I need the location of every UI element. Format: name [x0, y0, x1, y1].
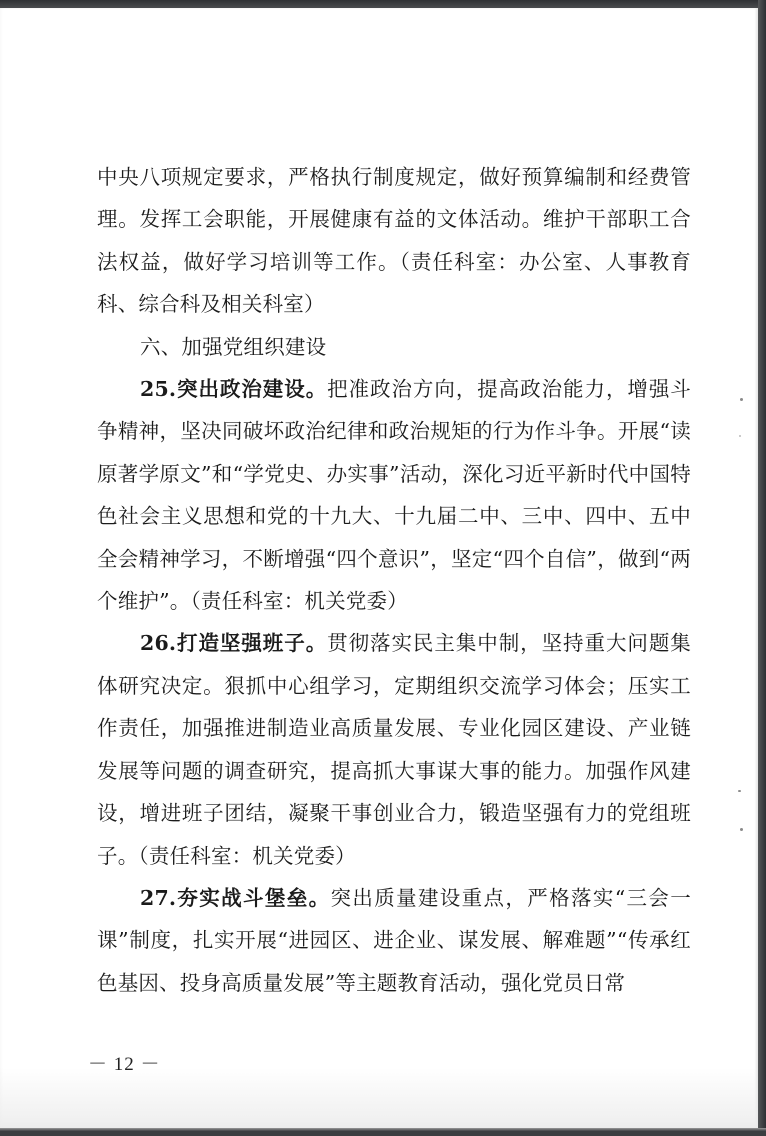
scan-speck	[740, 828, 743, 831]
viewer-bottom-border	[0, 1128, 766, 1136]
scan-speck	[740, 398, 743, 401]
document-page: 中央八项规定要求，严格执行制度规定，做好预算编制和经费管理。发挥工会职能，开展健…	[0, 8, 758, 1128]
paragraph-continuation: 中央八项规定要求，严格执行制度规定，做好预算编制和经费管理。发挥工会职能，开展健…	[97, 156, 691, 326]
page-body: 中央八项规定要求，严格执行制度规定，做好预算编制和经费管理。发挥工会职能，开展健…	[97, 156, 691, 1004]
scan-shadow	[0, 1068, 758, 1128]
viewer-top-border	[0, 0, 766, 8]
viewer-scrollbar-edge	[758, 0, 766, 1136]
item-26-title: 26.打造坚强班子。	[140, 631, 327, 655]
item-26: 26.打造坚强班子。贯彻落实民主集中制，坚持重大问题集体研究决定。狠抓中心组学习…	[97, 622, 691, 876]
scan-speck	[738, 790, 741, 792]
viewer-frame: 中央八项规定要求，严格执行制度规定，做好预算编制和经费管理。发挥工会职能，开展健…	[0, 0, 766, 1136]
item-27-title: 27.夯实战斗堡垒。	[140, 886, 330, 910]
item-25: 25.突出政治建设。把准政治方向，提高政治能力，增强斗争精神，坚决同破坏政治纪律…	[97, 368, 691, 622]
item-27: 27.夯实战斗堡垒。突出质量建设重点，严格落实“三会一课”制度，扎实开展“进园区…	[97, 877, 691, 1004]
page-number: － 12 －	[88, 1049, 161, 1076]
scan-speck	[739, 435, 741, 437]
item-25-title: 25.突出政治建设。	[140, 377, 327, 401]
section-heading: 六、加强党组织建设	[97, 326, 691, 368]
item-26-body: 贯彻落实民主集中制，坚持重大问题集体研究决定。狠抓中心组学习，定期组织交流学习体…	[97, 631, 691, 867]
item-25-body: 把准政治方向，提高政治能力，增强斗争精神，坚决同破坏政治纪律和政治规矩的行为作斗…	[97, 377, 691, 613]
